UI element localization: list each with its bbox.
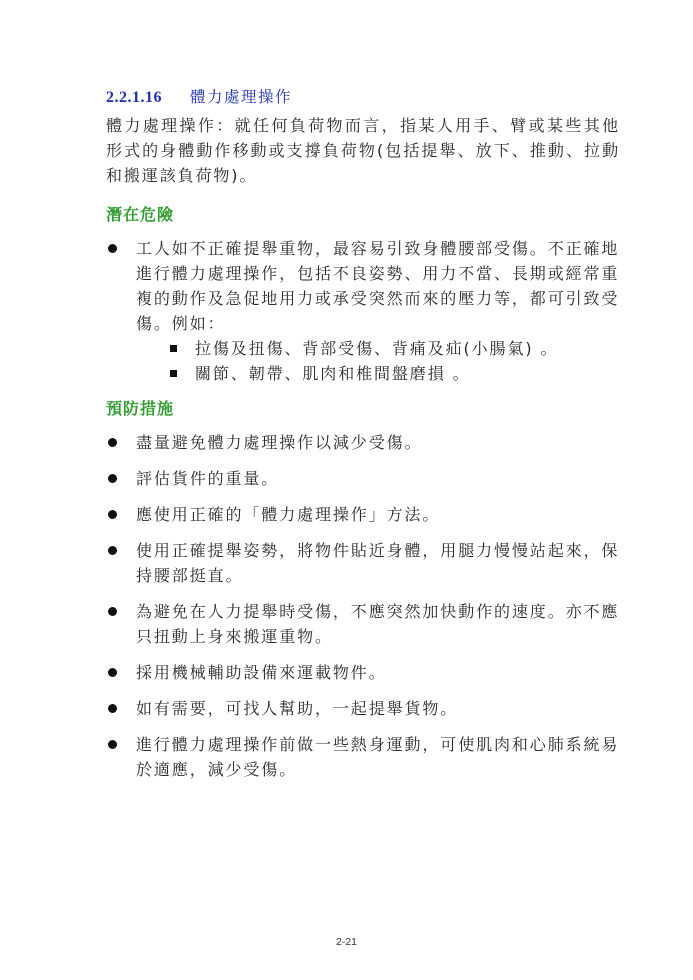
prevention-item: 應使用正確的「體力處理操作」方法。 <box>106 502 620 527</box>
hazards-heading: 潛在危險 <box>106 204 174 226</box>
prevention-item: 使用正確提舉姿勢，將物件貼近身體，用腿力慢慢站起來，保持腰部挺直。 <box>106 538 620 588</box>
bullet-dot-icon <box>108 474 117 483</box>
prevention-item-text: 使用正確提舉姿勢，將物件貼近身體，用腿力慢慢站起來，保持腰部挺直。 <box>136 541 619 585</box>
bullet-dot-icon <box>108 668 117 677</box>
prevention-item-text: 應使用正確的「體力處理操作」方法。 <box>136 505 440 524</box>
prevention-item: 採用機械輔助設備來運載物件。 <box>106 660 620 685</box>
bullet-dot-icon <box>108 607 117 616</box>
page-content: 2.2.1.16體力處理操作 體力處理操作：就任何負荷物而言，指某人用手、臂或某… <box>106 86 620 188</box>
prevention-item-text: 盡量避免體力處理操作以減少受傷。 <box>136 433 422 452</box>
prevention-item: 為避免在人力提舉時受傷，不應突然加快動作的速度。亦不應只扭動上身來搬運重物。 <box>106 599 620 649</box>
section-heading: 2.2.1.16體力處理操作 <box>106 86 620 109</box>
prevention-item-text: 評估貨件的重量。 <box>136 469 279 488</box>
prevention-item: 盡量避免體力處理操作以減少受傷。 <box>106 430 620 455</box>
bullet-square-icon <box>170 370 177 377</box>
hazard-examples-list: 拉傷及扭傷、背部受傷、背痛及疝(小腸氣) 。 關節、韌帶、肌肉和椎間盤磨損 。 <box>136 336 620 386</box>
prevention-heading: 預防措施 <box>106 398 174 420</box>
section-number: 2.2.1.16 <box>106 87 190 109</box>
document-page: 2.2.1.16體力處理操作 體力處理操作：就任何負荷物而言，指某人用手、臂或某… <box>0 0 693 980</box>
hazard-example-text: 拉傷及扭傷、背部受傷、背痛及疝(小腸氣) 。 <box>195 339 558 358</box>
prevention-list: 盡量避免體力處理操作以減少受傷。 評估貨件的重量。 應使用正確的「體力處理操作」… <box>106 430 620 793</box>
prevention-item: 進行體力處理操作前做一些熱身運動，可使肌肉和心肺系統易於適應，減少受傷。 <box>106 732 620 782</box>
prevention-item-text: 如有需要，可找人幫助，一起提舉貨物。 <box>136 699 458 718</box>
prevention-item-text: 為避免在人力提舉時受傷，不應突然加快動作的速度。亦不應只扭動上身來搬運重物。 <box>136 602 619 646</box>
bullet-square-icon <box>170 345 177 352</box>
hazard-item: 工人如不正確提舉重物，最容易引致身體腰部受傷。不正確地進行體力處理操作，包括不良… <box>106 236 620 386</box>
bullet-dot-icon <box>108 438 117 447</box>
definition-paragraph: 體力處理操作：就任何負荷物而言，指某人用手、臂或某些其他形式的身體動作移動或支撐… <box>106 113 620 188</box>
hazard-example-text: 關節、韌帶、肌肉和椎間盤磨損 。 <box>195 364 471 383</box>
page-number: 2-21 <box>0 936 693 948</box>
hazard-example-item: 關節、韌帶、肌肉和椎間盤磨損 。 <box>170 361 620 386</box>
prevention-item-text: 採用機械輔助設備來運載物件。 <box>136 663 387 682</box>
prevention-item-text: 進行體力處理操作前做一些熱身運動，可使肌肉和心肺系統易於適應，減少受傷。 <box>136 735 619 779</box>
hazards-list: 工人如不正確提舉重物，最容易引致身體腰部受傷。不正確地進行體力處理操作，包括不良… <box>106 236 620 386</box>
bullet-dot-icon <box>108 510 117 519</box>
prevention-item: 如有需要，可找人幫助，一起提舉貨物。 <box>106 696 620 721</box>
bullet-dot-icon <box>108 244 117 253</box>
bullet-dot-icon <box>108 740 117 749</box>
hazard-item-text: 工人如不正確提舉重物，最容易引致身體腰部受傷。不正確地進行體力處理操作，包括不良… <box>136 239 619 333</box>
bullet-dot-icon <box>108 704 117 713</box>
bullet-dot-icon <box>108 546 117 555</box>
hazard-example-item: 拉傷及扭傷、背部受傷、背痛及疝(小腸氣) 。 <box>170 336 620 361</box>
prevention-item: 評估貨件的重量。 <box>106 466 620 491</box>
section-title: 體力處理操作 <box>190 88 292 106</box>
